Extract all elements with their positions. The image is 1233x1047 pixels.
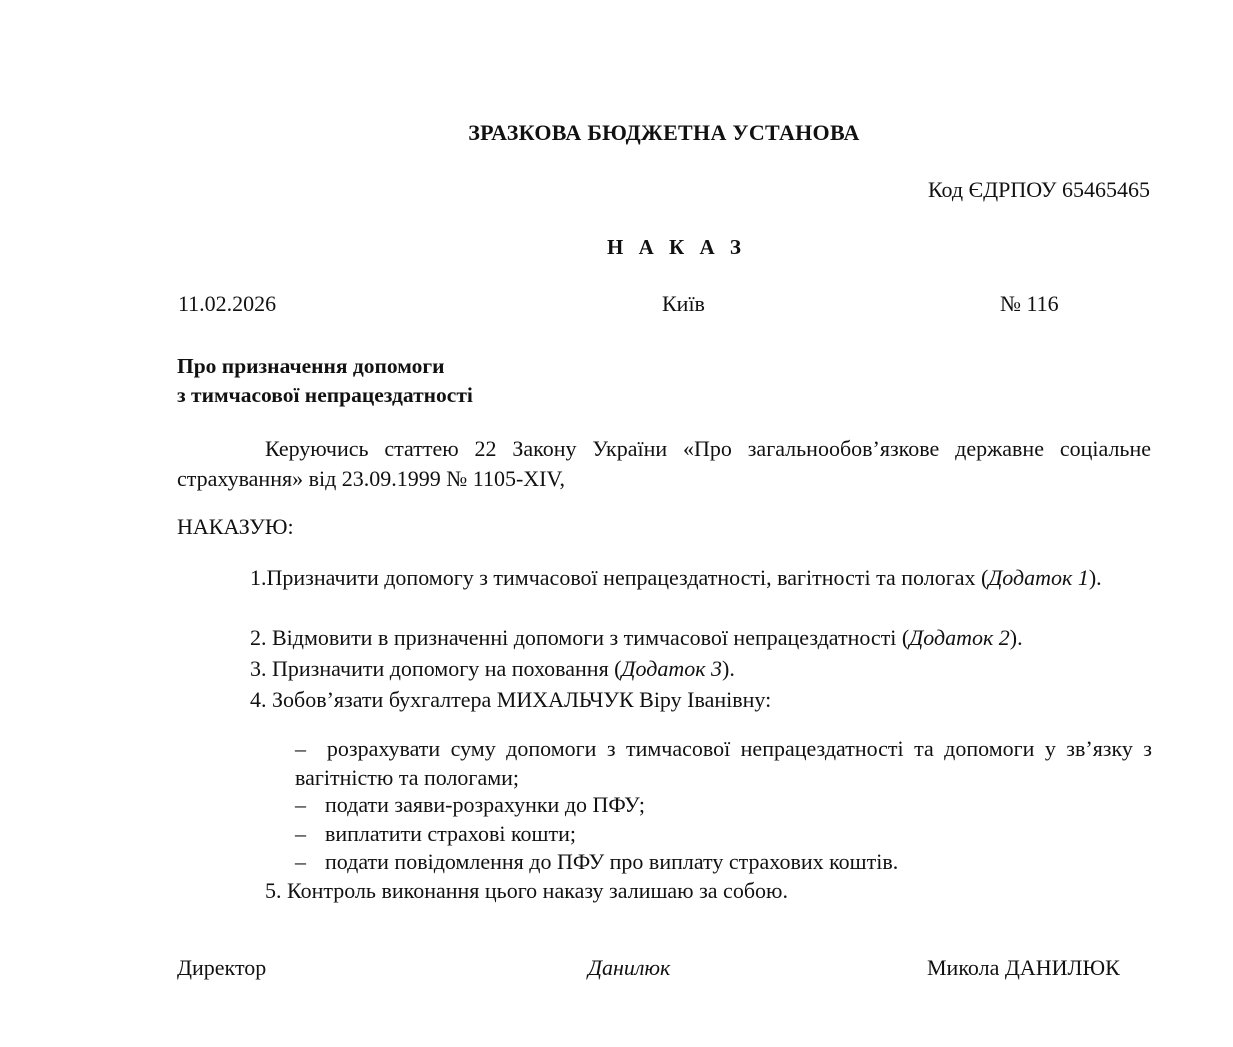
subject-line: з тимчасової непрацездатності <box>177 381 473 410</box>
sub-item-2: –подати заяви-розрахунки до ПФУ; <box>295 794 645 816</box>
preamble: Керуючись статтею 22 Закону України «Про… <box>177 434 1151 494</box>
organization-name: ЗРАЗКОВА БЮДЖЕТНА УСТАНОВА <box>0 122 1233 144</box>
item-number: 4. <box>250 687 267 712</box>
item-text: Призначити допомогу на поховання ( <box>272 656 622 681</box>
order-item-4: 4. Зобов’язати бухгалтера МИХАЛЬЧУК Віру… <box>250 689 771 711</box>
item-tail: ). <box>722 656 735 681</box>
order-item-3: 3. Призначити допомогу на поховання (Дод… <box>250 658 735 680</box>
edrpou-line: Код ЄДРПОУ 65465465 <box>928 179 1150 201</box>
sub-item-text: подати повідомлення до ПФУ про виплату с… <box>325 849 898 874</box>
item-number: 5. <box>265 878 282 903</box>
sub-item-1: – розрахувати суму допомоги з тимчасової… <box>295 734 1152 792</box>
order-item-5: 5. Контроль виконання цього наказу залиш… <box>265 880 788 902</box>
item-number: 2. <box>250 625 267 650</box>
order-date: 11.02.2026 <box>178 293 276 315</box>
appendix-ref: Додаток 1 <box>988 565 1089 590</box>
item-text: Відмовити в призначенні допомоги з тимча… <box>272 625 909 650</box>
order-city: Київ <box>662 293 705 315</box>
item-text: Призначити допомогу з тимчасової непраце… <box>267 565 989 590</box>
appendix-ref: Додаток 3 <box>622 656 723 681</box>
sub-item-text: виплатити страхові кошти; <box>325 821 576 846</box>
sub-item-4: –подати повідомлення до ПФУ про виплату … <box>295 851 898 873</box>
dash-bullet: – <box>295 851 325 873</box>
order-subject: Про призначення допомоги з тимчасової не… <box>177 352 473 410</box>
sub-item-text: подати заяви-розрахунки до ПФУ; <box>325 792 645 817</box>
edrpou-label: Код ЄДРПОУ <box>928 177 1057 202</box>
order-title: Н А К А З <box>0 237 1233 258</box>
signature: Данилюк <box>588 957 670 979</box>
appendix-ref: Додаток 2 <box>909 625 1010 650</box>
item-number: 1. <box>250 565 267 590</box>
decree-word: НАКАЗУЮ: <box>177 516 294 538</box>
item-tail: ). <box>1089 565 1102 590</box>
dash-bullet: – <box>295 736 306 761</box>
dash-bullet: – <box>295 794 325 816</box>
document-page: ЗРАЗКОВА БЮДЖЕТНА УСТАНОВА Код ЄДРПОУ 65… <box>0 0 1233 1047</box>
signatory-name: Микола ДАНИЛЮК <box>927 957 1120 979</box>
item-text: Контроль виконання цього наказу залишаю … <box>287 878 788 903</box>
item-text: Зобов’язати бухгалтера МИХАЛЬЧУК Віру Ів… <box>272 687 771 712</box>
sub-item-text: розрахувати суму допомоги з тимчасової н… <box>295 736 1152 790</box>
item-number: 3. <box>250 656 267 681</box>
sub-item-3: –виплатити страхові кошти; <box>295 823 576 845</box>
dash-bullet: – <box>295 823 325 845</box>
edrpou-code: 65465465 <box>1062 177 1150 202</box>
order-item-1: 1.Призначити допомогу з тимчасової непра… <box>177 563 1151 593</box>
signatory-position: Директор <box>177 957 266 979</box>
order-item-2: 2. Відмовити в призначенні допомоги з ти… <box>250 627 1023 649</box>
subject-line: Про призначення допомоги <box>177 352 473 381</box>
order-number: № 116 <box>1000 293 1059 315</box>
item-tail: ). <box>1010 625 1023 650</box>
